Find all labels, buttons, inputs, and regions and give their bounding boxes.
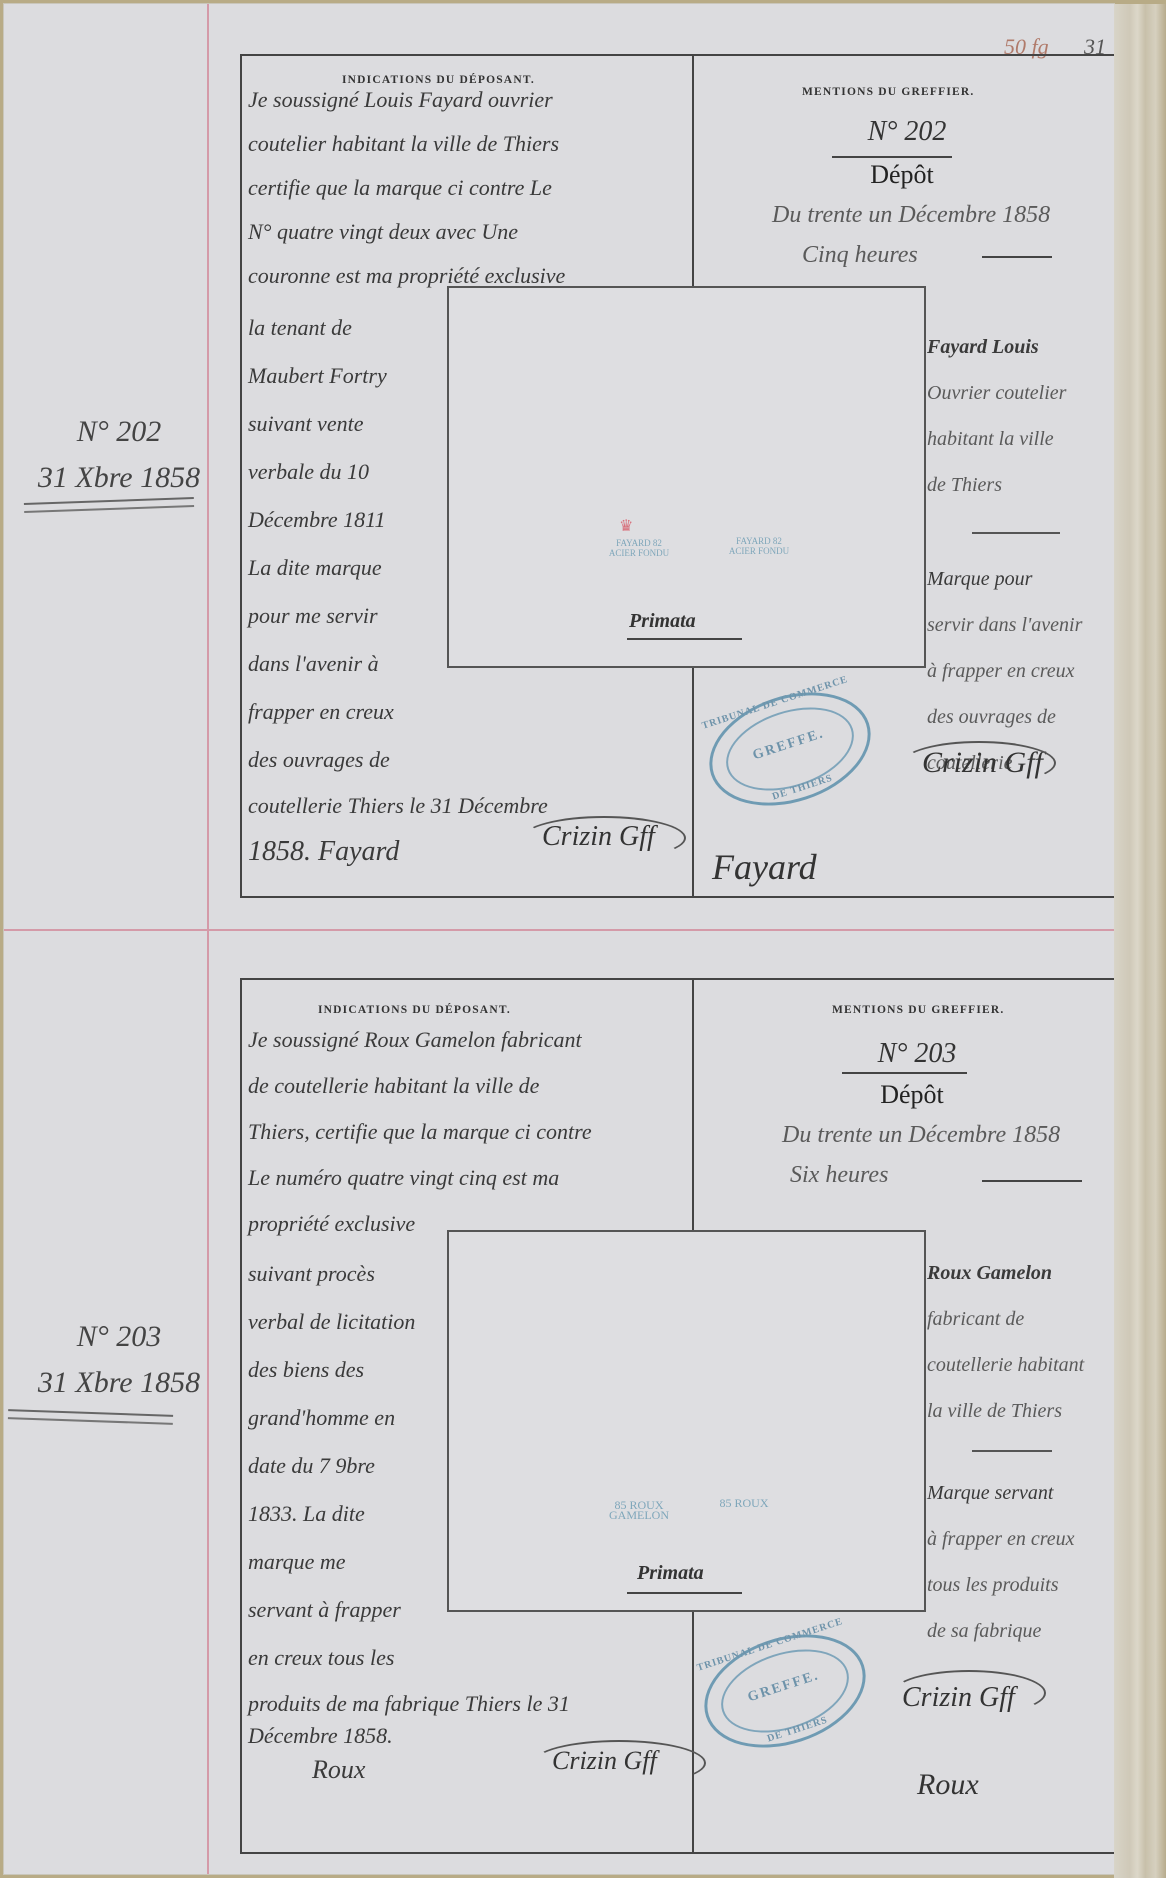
deposant-line: propriété exclusive xyxy=(248,1200,415,1247)
purpose-line: Marque servant xyxy=(927,1470,1053,1517)
depot-label: Dépôt xyxy=(802,160,1002,190)
section-divider xyxy=(972,1450,1052,1452)
deposant-line: coutelier habitant la ville de Thiers xyxy=(248,120,559,167)
greffier-header: MENTIONS DU GREFFIER. xyxy=(802,86,974,98)
depositor-signature: Roux xyxy=(917,1768,979,1802)
deposant-line: La dite marque xyxy=(248,544,382,591)
deposant-signature-line: Roux xyxy=(312,1746,365,1793)
purpose-line: tous les produits xyxy=(927,1562,1059,1609)
deposit-form: INDICATIONS DU DÉPOSANT. MENTIONS DU GRE… xyxy=(240,54,1124,898)
margin-note-date: 31 Xbre 1858 xyxy=(34,1360,204,1406)
deposant-line: en creux tous les xyxy=(248,1634,394,1681)
depositor-detail: habitant la ville xyxy=(927,416,1054,463)
deposant-line: Décembre 1811 xyxy=(248,496,385,543)
margin-note-number: N° 202 xyxy=(34,409,204,455)
deposant-line: Je soussigné Louis Fayard ouvrier xyxy=(248,76,553,123)
deposant-line: des biens des xyxy=(248,1346,364,1393)
margin-rule-horizontal xyxy=(4,929,1114,931)
deposant-line: Thiers, certifie que la marque ci contre xyxy=(248,1108,592,1155)
time-rule xyxy=(982,1180,1082,1182)
depot-time: Six heures xyxy=(790,1152,888,1199)
depositor-detail: de Thiers xyxy=(927,462,1002,509)
margin-note-date: 31 Xbre 1858 xyxy=(34,455,204,501)
signature-flourish xyxy=(902,741,1056,785)
deposant-line: date du 7 9bre xyxy=(248,1442,375,1489)
book-page-edges xyxy=(1114,4,1166,1878)
number-rule xyxy=(832,156,952,158)
mark-stamp-impression: 85 ROUX GAMELON xyxy=(594,1500,684,1520)
deposant-line: des ouvrages de xyxy=(248,736,390,783)
mark-caption-rule xyxy=(627,1592,742,1594)
greffier-entry-number: N° 203 xyxy=(802,1038,1032,1070)
deposant-line: coutellerie Thiers le 31 Décembre xyxy=(248,782,548,829)
deposant-signature-line: 1858. Fayard xyxy=(248,828,399,875)
deposant-line: suivant vente xyxy=(248,400,363,447)
purpose-line: de sa fabrique xyxy=(927,1608,1041,1655)
purpose-line: des ouvrages de xyxy=(927,694,1056,741)
depositor-detail: coutellerie habitant xyxy=(927,1342,1084,1389)
depot-label: Dépôt xyxy=(812,1080,1012,1110)
margin-note: N° 202 31 Xbre 1858 xyxy=(34,409,204,501)
signature-flourish xyxy=(522,816,686,860)
depositor-signature: Fayard xyxy=(712,846,817,888)
greffier-header: MENTIONS DU GREFFIER. xyxy=(832,1004,1004,1016)
deposit-form: INDICATIONS DU DÉPOSANT. MENTIONS DU GRE… xyxy=(240,978,1124,1854)
deposant-line: servant à frapper xyxy=(248,1586,401,1633)
register-page: 50 fg 31 N° 202 31 Xbre 1858 INDICATIONS… xyxy=(4,4,1114,1874)
number-rule xyxy=(842,1072,967,1074)
deposant-line: pour me servir xyxy=(248,592,378,639)
depositor-detail: fabricant de xyxy=(927,1296,1024,1343)
mark-stamp-impression: FAYARD 82 ACIER FONDU xyxy=(724,536,794,556)
deposant-line: 1833. La dite xyxy=(248,1490,365,1537)
deposant-line: verbal de licitation xyxy=(248,1298,415,1345)
deposant-line: Le numéro quatre vingt cinq est ma xyxy=(248,1154,559,1201)
mark-caption-rule xyxy=(627,638,742,640)
deposant-line: Maubert Fortry xyxy=(248,352,387,399)
deposant-line: grand'homme en xyxy=(248,1394,395,1441)
depositor-detail: Ouvrier coutelier xyxy=(927,370,1066,417)
deposant-line: verbale du 10 xyxy=(248,448,369,495)
purpose-line: Marque pour xyxy=(927,556,1032,603)
margin-note: N° 203 31 Xbre 1858 xyxy=(34,1314,204,1406)
deposant-line: de coutellerie habitant la ville de xyxy=(248,1062,539,1109)
purpose-line: à frapper en creux xyxy=(927,1516,1075,1563)
deposant-line: frapper en creux xyxy=(248,688,394,735)
signature-flourish xyxy=(892,1670,1046,1716)
depot-time: Cinq heures xyxy=(802,232,918,279)
deposant-header: INDICATIONS DU DÉPOSANT. xyxy=(318,1004,511,1016)
depositor-name: Roux Gamelon xyxy=(927,1250,1052,1297)
deposant-line: Je soussigné Roux Gamelon fabricant xyxy=(248,1016,582,1063)
mark-stamp-impression: FAYARD 82 ACIER FONDU xyxy=(604,538,674,558)
tribunal-greffe-stamp: TRIBUNAL DE COMMERCE GREFFE. DE THIERS xyxy=(690,1615,881,1767)
tribunal-greffe-stamp: TRIBUNAL DE COMMERCE GREFFE. DE THIERS xyxy=(695,673,886,825)
time-rule xyxy=(982,256,1052,258)
purpose-line: servir dans l'avenir xyxy=(927,602,1082,649)
deposant-line: la tenant de xyxy=(248,304,352,351)
mark-stamp-impression: 85 ROUX xyxy=(704,1498,784,1508)
margin-double-rule xyxy=(8,1409,173,1425)
deposant-line: suivant procès xyxy=(248,1250,375,1297)
depositor-name: Fayard Louis xyxy=(927,324,1039,371)
crown-mark-icon: ♛ xyxy=(619,516,633,536)
signature-flourish xyxy=(532,1740,706,1786)
margin-note-number: N° 203 xyxy=(34,1314,204,1360)
deposant-line: marque me xyxy=(248,1538,346,1585)
margin-rule-vertical xyxy=(207,4,209,1874)
greffier-entry-number: N° 202 xyxy=(792,116,1022,148)
depositor-detail: la ville de Thiers xyxy=(927,1388,1062,1435)
section-divider xyxy=(972,532,1060,534)
deposant-line: dans l'avenir à xyxy=(248,640,379,687)
mark-impression-box: ♛ FAYARD 82 ACIER FONDU FAYARD 82 ACIER … xyxy=(447,286,926,668)
mark-caption: Primata xyxy=(637,1562,704,1585)
purpose-line: à frapper en creux xyxy=(927,648,1075,695)
mark-impression-box: 85 ROUX GAMELON 85 ROUX Primata xyxy=(447,1230,926,1612)
deposant-line: N° quatre vingt deux avec Une xyxy=(248,208,518,255)
deposant-line: certifie que la marque ci contre Le xyxy=(248,164,552,211)
mark-caption: Primata xyxy=(629,610,696,633)
